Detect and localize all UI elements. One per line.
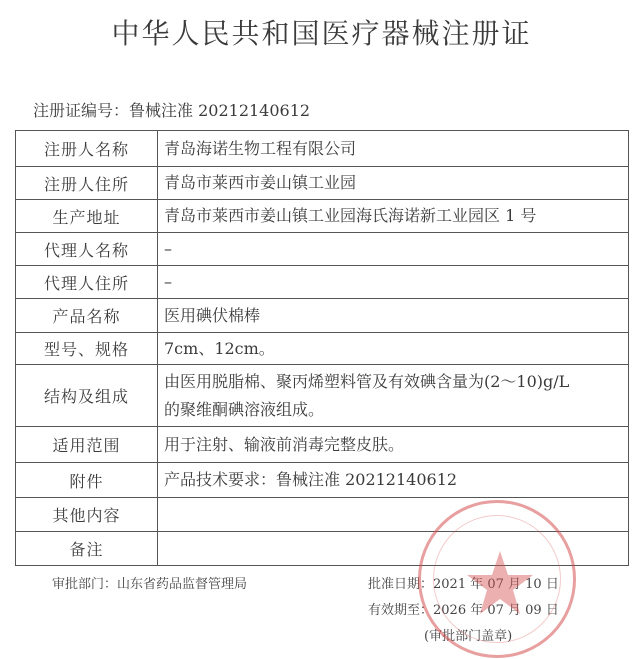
document-title: 中华人民共和国医疗器械注册证 xyxy=(0,12,643,52)
table-row: 备注 xyxy=(16,532,629,566)
row-value: 7cm、12cm。 xyxy=(158,333,629,365)
registration-number-value: 鲁械注准 20212140612 xyxy=(129,101,310,120)
row-label: 适用范围 xyxy=(16,427,158,463)
row-label: 产品名称 xyxy=(16,299,158,333)
table-row: 结构及组成 由医用脱脂棉、聚丙烯塑料管及有效碘含量为(2～10)g/L 的聚维酮… xyxy=(16,365,629,427)
table-row: 附件 产品技术要求：鲁械注准 20212140612 xyxy=(16,463,629,498)
table-row: 代理人住所 – xyxy=(16,266,629,299)
table-row: 产品名称 医用碘伏棉棒 xyxy=(16,299,629,333)
row-label: 注册人名称 xyxy=(16,131,158,167)
row-label: 其他内容 xyxy=(16,498,158,532)
row-value: 青岛市莱西市姜山镇工业园 xyxy=(158,167,629,200)
row-label: 生产地址 xyxy=(16,200,158,233)
valid-until: 有效期至：2026 年 07 月 09 日 xyxy=(368,599,559,618)
row-label: 结构及组成 xyxy=(16,365,158,427)
table-row: 注册人名称 青岛海诺生物工程有限公司 xyxy=(16,131,629,167)
approval-department: 审批部门：山东省药品监督管理局 xyxy=(52,573,247,592)
row-value-line: 由医用脱脂棉、聚丙烯塑料管及有效碘含量为(2～10)g/L xyxy=(164,368,628,396)
registration-number-label: 注册证编号： xyxy=(33,101,129,120)
row-value xyxy=(158,498,629,532)
row-value: – xyxy=(158,233,629,266)
table-row: 其他内容 xyxy=(16,498,629,532)
row-label: 型号、规格 xyxy=(16,333,158,365)
row-value: 医用碘伏棉棒 xyxy=(158,299,629,333)
table-row: 型号、规格 7cm、12cm。 xyxy=(16,333,629,365)
table-row: 适用范围 用于注射、输液前消毒完整皮肤。 xyxy=(16,427,629,463)
row-value-line: 的聚维酮碘溶液组成。 xyxy=(164,396,628,424)
row-value: – xyxy=(158,266,629,299)
row-value xyxy=(158,532,629,566)
table-row: 生产地址 青岛市莱西市姜山镇工业园海氏海诺新工业园区 1 号 xyxy=(16,200,629,233)
row-value: 青岛市莱西市姜山镇工业园海氏海诺新工业园区 1 号 xyxy=(158,200,629,233)
seal-note: (审批部门盖章) xyxy=(424,625,512,644)
row-value: 青岛海诺生物工程有限公司 xyxy=(158,131,629,167)
row-label: 代理人住所 xyxy=(16,266,158,299)
row-label: 附件 xyxy=(16,463,158,498)
approval-date: 批准日期：2021 年 07 月 10 日 xyxy=(368,573,559,592)
certificate-table: 注册人名称 青岛海诺生物工程有限公司 注册人住所 青岛市莱西市姜山镇工业园 生产… xyxy=(15,130,629,566)
table-row: 代理人名称 – xyxy=(16,233,629,266)
row-label: 代理人名称 xyxy=(16,233,158,266)
row-value: 由医用脱脂棉、聚丙烯塑料管及有效碘含量为(2～10)g/L 的聚维酮碘溶液组成。 xyxy=(158,365,629,427)
registration-number: 注册证编号：鲁械注准 20212140612 xyxy=(33,98,310,121)
row-label: 备注 xyxy=(16,532,158,566)
row-value: 产品技术要求：鲁械注准 20212140612 xyxy=(158,463,629,498)
row-label: 注册人住所 xyxy=(16,167,158,200)
row-value: 用于注射、输液前消毒完整皮肤。 xyxy=(158,427,629,463)
table-row: 注册人住所 青岛市莱西市姜山镇工业园 xyxy=(16,167,629,200)
